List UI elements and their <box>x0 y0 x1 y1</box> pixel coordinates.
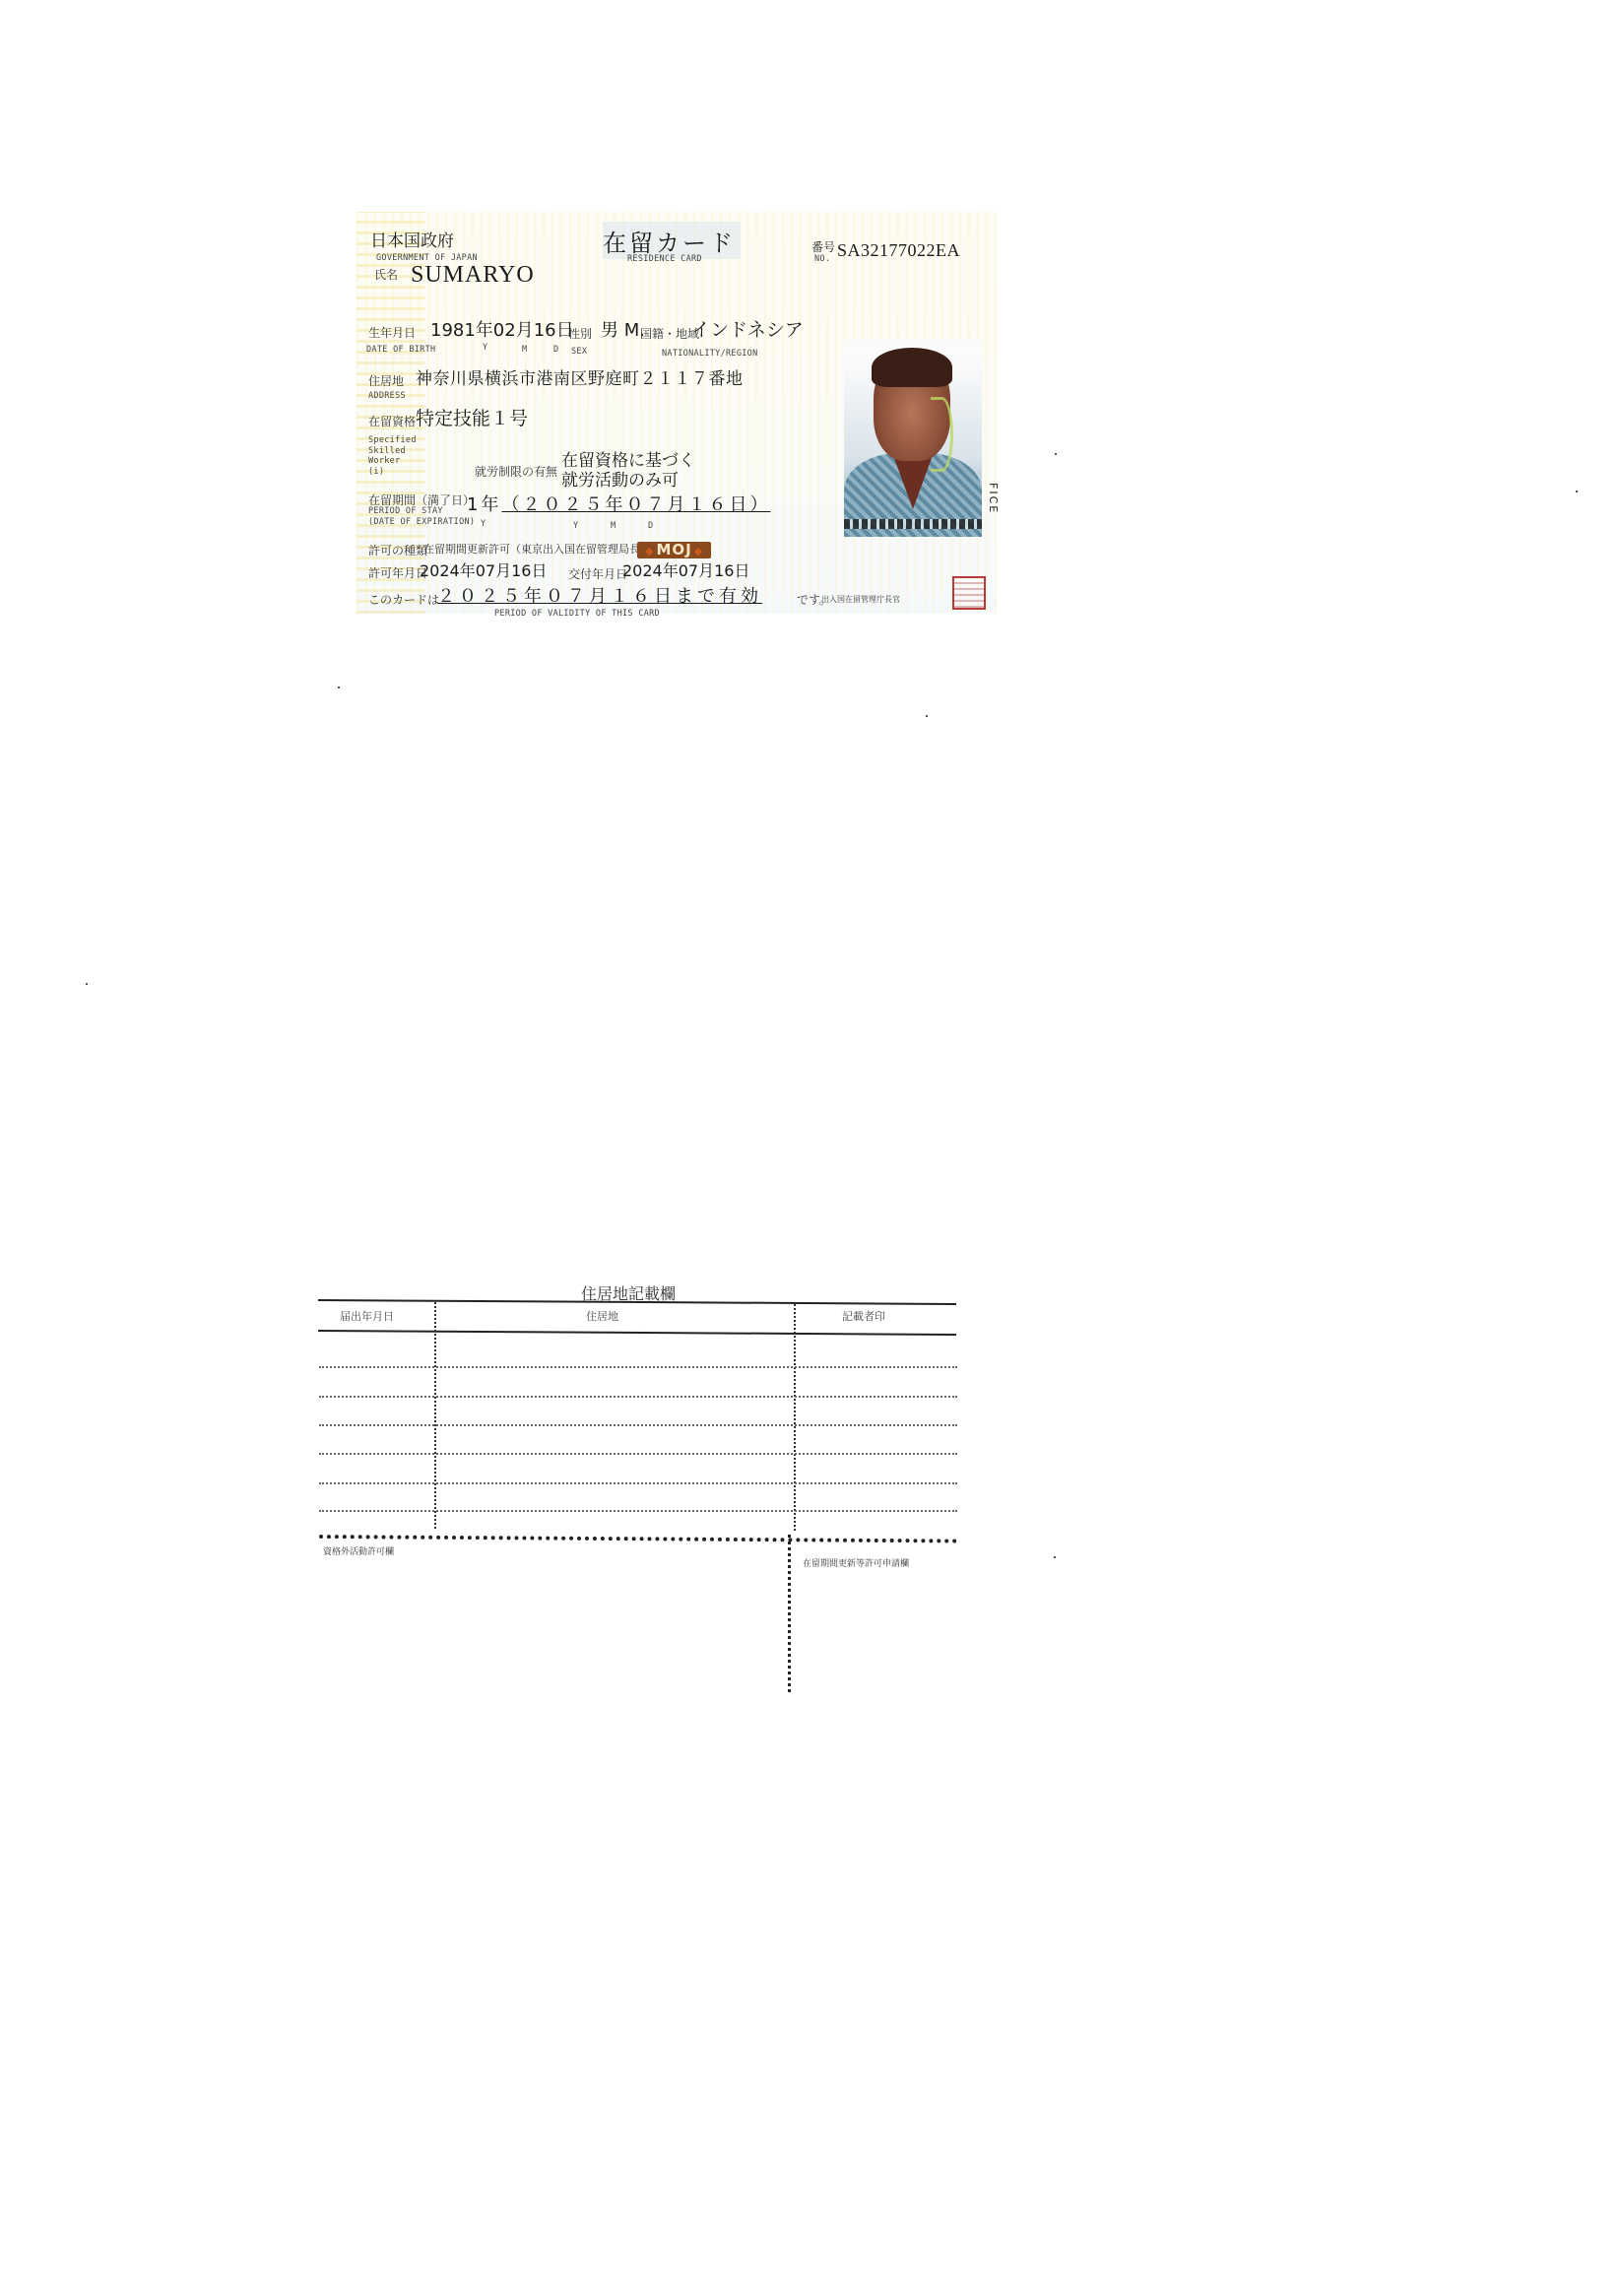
address-label: 住居地 <box>368 375 404 387</box>
table-row <box>319 1510 957 1512</box>
nationality-value: インドネシア <box>691 321 804 340</box>
permission-outside-label: 資格外活動許可欄 <box>323 1544 394 1557</box>
work-restriction-label: 就労制限の有無 <box>475 466 557 478</box>
table-row <box>319 1396 957 1398</box>
section-divider <box>319 1535 957 1543</box>
scan-speck <box>1054 1556 1056 1558</box>
nationality-label-en: NATIONALITY/REGION <box>662 350 758 359</box>
column-divider <box>794 1304 796 1531</box>
work-restriction-value: 在留資格に基づく 就労活動のみ可 <box>561 451 695 492</box>
table-row <box>319 1482 957 1484</box>
period-length: 1年 <box>467 494 501 515</box>
scan-speck <box>86 983 88 985</box>
scan-speck <box>338 687 340 689</box>
period-y-marker: Y <box>481 520 486 529</box>
dob-y-marker: Y <box>483 344 487 353</box>
name-label: 氏名 <box>374 269 398 281</box>
status-value-en: Specified Skilled Worker (i) <box>368 435 417 478</box>
nationality-label: 国籍・地域 <box>640 328 699 340</box>
issue-date-value: 2024年07月16日 <box>622 563 749 579</box>
expiry-d-marker: D <box>648 522 653 531</box>
residence-card-front: 日本国政府 GOVERNMENT OF JAPAN 在留カード RESIDENC… <box>357 212 997 614</box>
number-label-en: NO. <box>814 255 830 264</box>
issuer-name: 出入国在留管理庁長官 <box>821 596 900 604</box>
scan-speck <box>926 715 928 717</box>
extension-application-label: 在留期間更新等許可申請欄 <box>803 1556 909 1569</box>
sex-label-en: SEX <box>571 348 587 357</box>
column-divider <box>434 1302 436 1529</box>
table-header-rule <box>318 1330 956 1336</box>
table-row <box>319 1366 957 1368</box>
government-jp: 日本国政府 <box>370 233 454 250</box>
status-label: 在留資格 <box>368 416 416 427</box>
dob-m-marker: M <box>522 346 527 355</box>
validity-value: ２０２５年０７月１６日まで有効 <box>437 588 762 606</box>
table-row <box>319 1453 957 1455</box>
number-label: 番号 <box>811 241 835 253</box>
status-value: 特定技能１号 <box>416 410 528 428</box>
residence-card-back: 住居地記載欄 届出年月日 住居地 記載者印 資格外活動許可欄 在留期間更新等許可… <box>315 1280 965 1694</box>
expiry-m-marker: M <box>611 522 616 531</box>
dob-value: 1981年02月16日 <box>430 322 574 340</box>
photo-hair <box>872 348 952 387</box>
photo-seal-strip <box>844 519 982 529</box>
card-title-jp: 在留カード <box>603 231 736 255</box>
card-number: SA32177022EA <box>837 241 960 259</box>
sex-label: 性別 <box>568 328 592 340</box>
moj-badge: MOJ <box>637 542 711 558</box>
address-label-en: ADDRESS <box>368 392 406 401</box>
dob-d-marker: D <box>553 346 558 355</box>
column-header-date: 届出年月日 <box>340 1308 394 1324</box>
period-label-en: PERIOD OF STAY (DATE OF EXPIRATION) <box>368 506 475 528</box>
validity-label: このカードは <box>368 594 439 606</box>
address-value: 神奈川県横浜市港南区野庭町２１１７番地 <box>416 371 744 388</box>
period-label: 在留期間（満了日） <box>368 494 475 506</box>
hologram-icon <box>931 397 953 472</box>
column-header-seal: 記載者印 <box>842 1308 885 1324</box>
permit-date-value: 2024年07月16日 <box>420 563 547 579</box>
validity-label-en: PERIOD OF VALIDITY OF THIS CARD <box>494 610 660 619</box>
permit-type-value: 在留期間更新許可（東京出入国在留管理局長） <box>423 544 651 555</box>
expiry-y-marker: Y <box>573 522 578 531</box>
sex-value: 男 M. <box>601 322 645 340</box>
scan-speck <box>1055 453 1057 455</box>
column-header-address: 住居地 <box>586 1308 618 1324</box>
issue-date-label: 交付年月日 <box>568 568 627 580</box>
holder-photo <box>844 340 982 537</box>
official-seal-icon <box>952 576 986 610</box>
holder-name: SUMARYO <box>411 263 535 287</box>
section-column-divider <box>788 1535 791 1692</box>
permit-type-label: 許可の種類 <box>368 545 427 557</box>
table-row <box>319 1424 957 1426</box>
dob-label-en: DATE OF BIRTH <box>366 346 435 355</box>
permit-date-label: 許可年月日 <box>368 567 427 579</box>
card-title-en: RESIDENCE CARD <box>627 255 702 264</box>
photo-side-text: FICE <box>987 483 1000 514</box>
dob-label: 生年月日 <box>368 327 416 339</box>
period-expiry: （２０２５年０７月１６日） <box>501 494 770 515</box>
period-value: 1年（２０２５年０７月１６日） <box>467 496 770 514</box>
scan-speck <box>1576 491 1578 492</box>
